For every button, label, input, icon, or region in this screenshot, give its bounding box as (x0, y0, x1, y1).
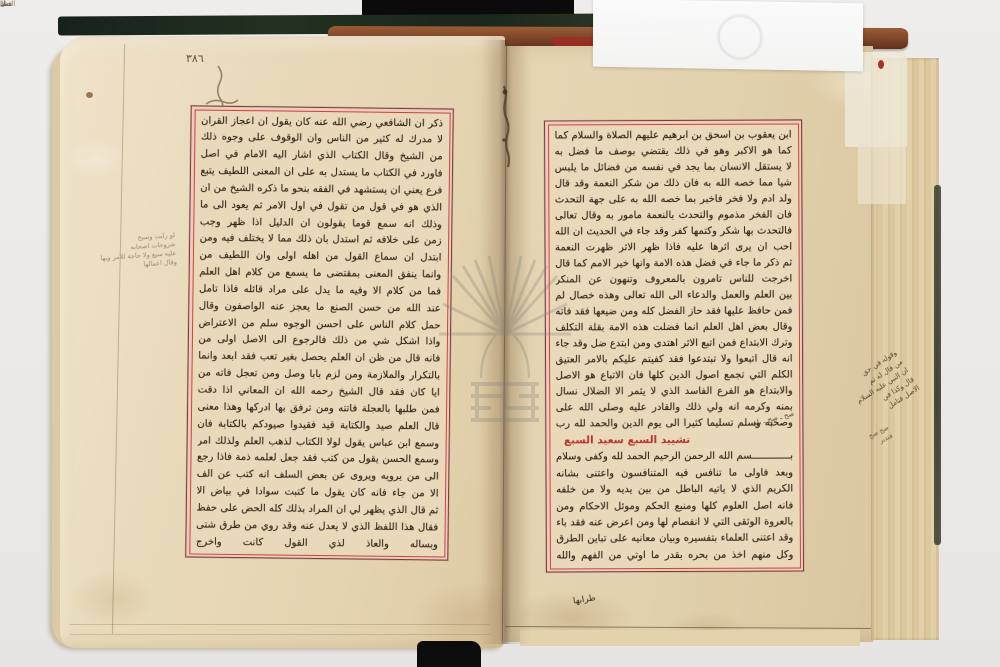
red-wax-speck (878, 60, 884, 69)
underlying-page-edge (520, 630, 860, 646)
right-page-text-bottom: بـــــــــــــسم الله الرحمن الرحيم الحم… (556, 449, 793, 565)
manuscript-text-line: وبعد فاولى ما تنافس فيه المتنافسون واعتن… (556, 465, 793, 482)
brown-stain-speck (86, 92, 93, 98)
manuscript-text-line: والابتداع هو الفرع الفاسد الذي لا يثمر ا… (556, 384, 793, 401)
manuscript-photo: ٣٨٦ ذكر ان الشافعي رضي الله عنه كان يقول… (0, 0, 1000, 667)
right-text-frame: ابن يعقوب بن اسحق بن ابرهيم عليهم الصلاة… (544, 119, 804, 572)
manuscript-text-line: بـــــــــــــسم الله الرحمن الرحيم الحم… (556, 449, 793, 466)
manuscript-text-line: كما هو الاكبر وهو في ذلك يقتضي بوصف ما ف… (555, 143, 792, 160)
manuscript-text-line: الكريم الذي لا ياتيه الباطل من بين يديه … (556, 482, 793, 499)
manuscript-text-line: فالتحدث بها شكر وكتمها كفر وقد جاء في ال… (555, 223, 792, 240)
manuscript-text-line: شيا مما خصه الله به فان ذلك من شكر النعم… (555, 175, 792, 192)
manuscript-text-line: ابن يعقوب بن اسحق بن ابرهيم عليهم الصلاة… (555, 127, 792, 144)
manuscript-text-line: وقال بعض اهل العلم انما فضلت هذه الامة ب… (555, 320, 792, 337)
left-page-text: ذكر ان الشافعي رضي الله عنه كان يقول ان … (196, 113, 443, 554)
bottom-page-edges (70, 560, 490, 646)
manuscript-text-line: وكل منهم اخذ من بحره بقدر ما اوتي من الف… (556, 547, 793, 564)
manuscript-text-line: وبساله والعاذ لذي القول كانت واخرج (196, 534, 438, 554)
ghost-stamp-circle (711, 9, 769, 66)
manuscript-text-line: اخرجت للناس تامرون بالمعروف وتنهون عن ال… (555, 271, 792, 288)
manuscript-text-line: ثم ذكر ما جاء في فضل هذه الامة وانها خير… (555, 255, 792, 272)
manuscript-text-line: فمن حافظ عليها فقد حاز الفضل كله ومن ضيع… (555, 303, 792, 320)
rubric-red-heading: تشييد السبع سعيد السبع (556, 432, 793, 450)
manuscript-text-line: لا يستقل الانسان بما يجد في نفسه من فضائ… (555, 159, 792, 176)
manuscript-text-line: بالعروة الوثقى التي لا انفصام لها ومن اع… (556, 514, 793, 531)
manuscript-text-line: ولد ادم ولا فخر فاخبر بما خصه الله به عل… (555, 191, 792, 208)
manuscript-text-line: فان الفخر مذموم والتحدث بالنعمة مامور به… (555, 207, 792, 224)
book-clamp (417, 641, 481, 667)
manuscript-text-line: وترك الابتداع فمن اتبع الاثر اهتدى ومن ا… (555, 336, 792, 353)
right-text-block: ابن يعقوب بن اسحق بن ابرهيم عليهم الصلاة… (548, 123, 801, 569)
manuscript-text-line: فانه اصل العلوم كلها ومنبع الحكم وموئل ا… (556, 498, 793, 515)
white-label-slip (593, 0, 863, 71)
manuscript-text-line: الكلم التي تجمع اصول الدين كلها فان الات… (556, 368, 793, 385)
right-cover-sliver (934, 185, 941, 545)
manuscript-text-line: احب ان يرى اثرها عليه فاذا ظهر الاثر ظهر… (555, 239, 792, 256)
fore-edge-light-page-2 (858, 142, 906, 204)
manuscript-text-line: وقد اعتنى العلماء بتفسيره وبيان معانيه ع… (556, 531, 793, 548)
edge-gloss: فعل (0, 0, 12, 8)
manuscript-text-line: بين العلم والعمل والدعاء الى الله تعالى … (555, 287, 792, 304)
manuscript-text-line: بمنه وكرمه انه ولي ذلك والقادر عليه وصلى… (556, 400, 793, 417)
gutter-stitch-ink-marks (495, 82, 515, 172)
left-margin-note: لو رايت وسبحشروحات اصحابهعليه سبع ولا حا… (89, 231, 177, 273)
left-text-frame: ذكر ان الشافعي رضي الله عنه كان يقول ان … (185, 105, 454, 560)
right-page-text-top: ابن يعقوب بن اسحق بن ابرهيم عليهم الصلاة… (555, 127, 793, 433)
manuscript-text-line: انه قال اتبعوا ولا تبتدعوا فقد كفيتم علي… (556, 352, 793, 369)
left-text-block: ذكر ان الشافعي رضي الله عنه كان يقول ان … (189, 109, 450, 557)
